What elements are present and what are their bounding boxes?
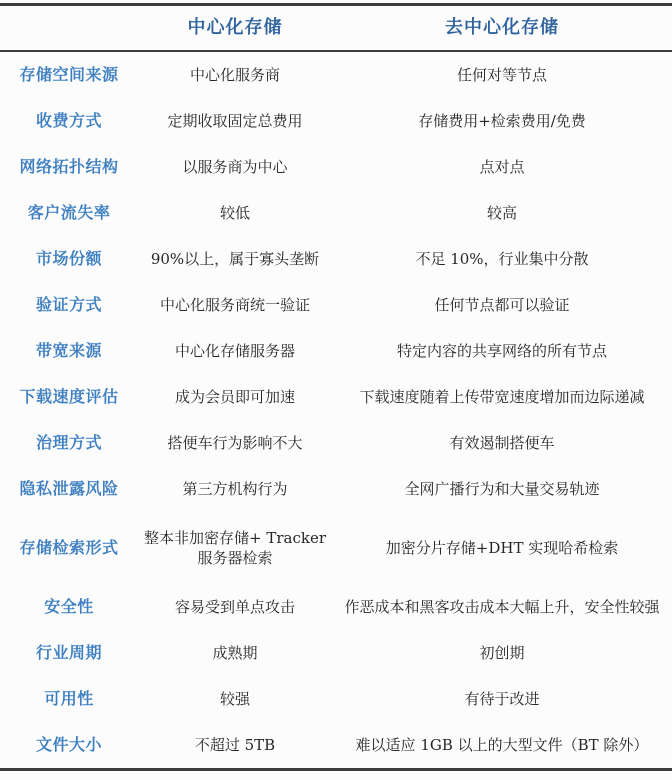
table-row: 治理方式搭便车行为影响不大有效遏制搭便车 [0,420,672,466]
row-label: 行业周期 [0,642,138,664]
cell-centralized: 不超过 5TB [138,735,332,755]
column-header-decentralized: 去中心化存储 [332,16,672,40]
table-row: 验证方式中心化服务商统一验证任何节点都可以验证 [0,282,672,328]
row-label: 存储检索形式 [0,537,138,559]
row-label: 文件大小 [0,734,138,756]
bottom-rule [0,768,672,771]
cell-decentralized: 下载速度随着上传带宽速度增加而边际递减 [332,387,672,407]
cell-decentralized: 有效遏制搭便车 [332,433,672,453]
cell-centralized: 容易受到单点攻击 [138,597,332,617]
cell-centralized: 成为会员即可加速 [138,387,332,407]
cell-decentralized: 任何对等节点 [332,65,672,85]
table-row: 带宽来源中心化存储服务器特定内容的共享网络的所有节点 [0,328,672,374]
row-label: 下载速度评估 [0,386,138,408]
cell-decentralized: 作恶成本和黑客攻击成本大幅上升，安全性较强 [332,597,672,617]
table-row: 文件大小不超过 5TB难以适应 1GB 以上的大型文件（BT 除外） [0,722,672,768]
cell-centralized: 中心化服务商统一验证 [138,295,332,315]
cell-decentralized: 加密分片存储+DHT 实现哈希检索 [332,538,672,558]
row-label: 存储空间来源 [0,64,138,86]
row-label: 可用性 [0,688,138,710]
table-body: 存储空间来源中心化服务商任何对等节点收费方式定期收取固定总费用存储费用+检索费用… [0,52,672,768]
cell-decentralized: 不足 10%，行业集中分散 [332,249,672,269]
cell-centralized: 90%以上，属于寡头垄断 [138,249,332,269]
cell-centralized: 定期收取固定总费用 [138,111,332,131]
cell-decentralized: 初创期 [332,643,672,663]
row-label: 市场份额 [0,248,138,270]
table-row: 下载速度评估成为会员即可加速下载速度随着上传带宽速度增加而边际递减 [0,374,672,420]
row-label: 网络拓扑结构 [0,156,138,178]
column-header-centralized: 中心化存储 [138,16,332,40]
cell-centralized: 第三方机构行为 [138,479,332,499]
cell-centralized: 搭便车行为影响不大 [138,433,332,453]
row-label: 收费方式 [0,110,138,132]
row-label: 带宽来源 [0,340,138,362]
cell-centralized: 中心化服务商 [138,65,332,85]
table-row: 存储空间来源中心化服务商任何对等节点 [0,52,672,98]
table-row: 客户流失率较低较高 [0,190,672,236]
table-row: 市场份额90%以上，属于寡头垄断不足 10%，行业集中分散 [0,236,672,282]
cell-centralized: 中心化存储服务器 [138,341,332,361]
cell-decentralized: 有待于改进 [332,689,672,709]
table-row: 行业周期成熟期初创期 [0,630,672,676]
table-row: 可用性较强有待于改进 [0,676,672,722]
table-header: 中心化存储 去中心化存储 [0,6,672,50]
table-row: 收费方式定期收取固定总费用存储费用+检索费用/免费 [0,98,672,144]
cell-decentralized: 特定内容的共享网络的所有节点 [332,341,672,361]
row-label: 安全性 [0,596,138,618]
cell-decentralized: 全网广播行为和大量交易轨迹 [332,479,672,499]
cell-centralized: 整本非加密存储+ Tracker 服务器检索 [138,528,332,569]
storage-comparison-table: 中心化存储 去中心化存储 存储空间来源中心化服务商任何对等节点收费方式定期收取固… [0,0,672,780]
row-label: 验证方式 [0,294,138,316]
cell-centralized: 成熟期 [138,643,332,663]
cell-decentralized: 较高 [332,203,672,223]
cell-decentralized: 点对点 [332,157,672,177]
table-row: 隐私泄露风险第三方机构行为全网广播行为和大量交易轨迹 [0,466,672,512]
cell-decentralized: 难以适应 1GB 以上的大型文件（BT 除外） [332,735,672,755]
cell-centralized: 较低 [138,203,332,223]
cell-decentralized: 存储费用+检索费用/免费 [332,111,672,131]
table-row: 存储检索形式整本非加密存储+ Tracker 服务器检索加密分片存储+DHT 实… [0,512,672,584]
cell-decentralized: 任何节点都可以验证 [332,295,672,315]
row-label: 隐私泄露风险 [0,478,138,500]
row-label: 治理方式 [0,432,138,454]
row-label: 客户流失率 [0,202,138,224]
cell-centralized: 较强 [138,689,332,709]
table-row: 网络拓扑结构以服务商为中心点对点 [0,144,672,190]
table-row: 安全性容易受到单点攻击作恶成本和黑客攻击成本大幅上升，安全性较强 [0,584,672,630]
cell-centralized: 以服务商为中心 [138,157,332,177]
